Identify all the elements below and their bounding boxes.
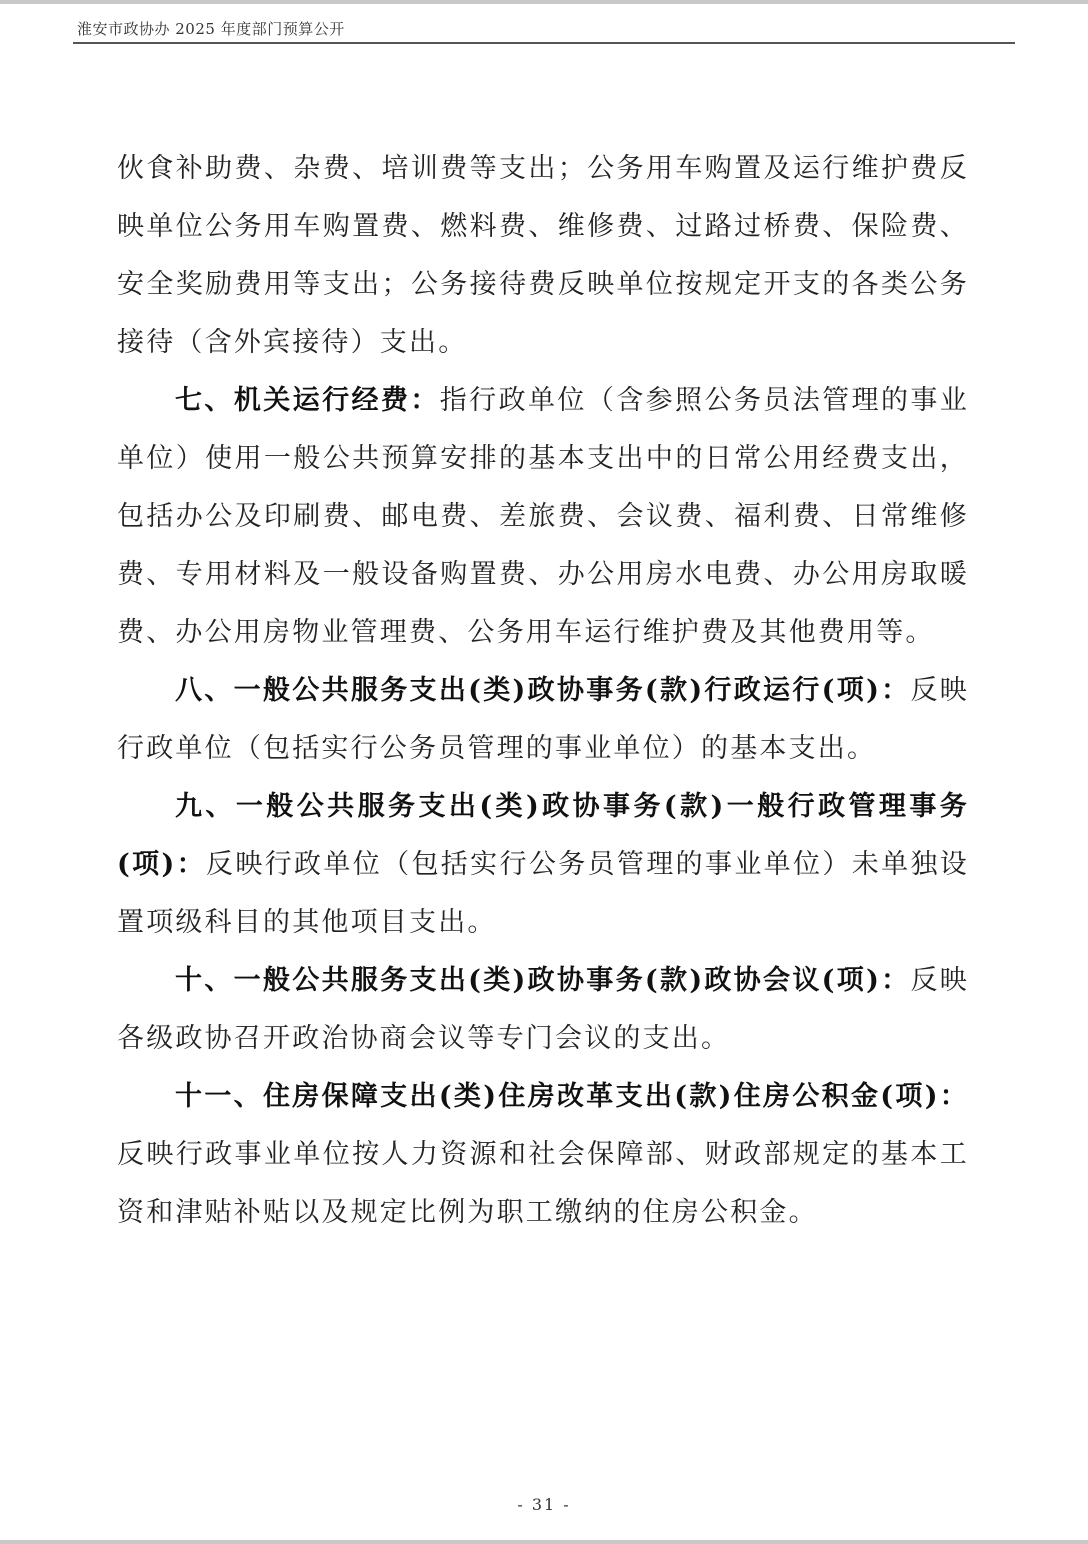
paragraph-heading: 七、机关运行经费： [175, 385, 440, 416]
paragraph-continuation: 伙食补助费、杂费、培训费等支出；公务用车购置及运行维护费反映单位公务用车购置费、… [117, 140, 969, 372]
paragraph-section-10: 十、一般公共服务支出(类)政协事务(款)政协会议(项)：反映各级政协召开政治协商… [117, 952, 969, 1068]
paragraph-heading: 八、一般公共服务支出(类)政协事务(款)行政运行(项)： [175, 675, 910, 706]
paragraph-text: 指行政单位（含参照公务员法管理的事业单位）使用一般公共预算安排的基本支出中的日常… [117, 385, 969, 648]
paragraph-heading: 十、一般公共服务支出(类)政协事务(款)政协会议(项)： [175, 965, 910, 996]
document-body: 伙食补助费、杂费、培训费等支出；公务用车购置及运行维护费反映单位公务用车购置费、… [117, 140, 969, 1242]
paragraph-text: 伙食补助费、杂费、培训费等支出；公务用车购置及运行维护费反映单位公务用车购置费、… [117, 153, 969, 358]
paragraph-section-9: 九、一般公共服务支出(类)政协事务(款)一般行政管理事务(项)：反映行政单位（包… [117, 778, 969, 952]
paragraph-section-11: 十一、住房保障支出(类)住房改革支出(款)住房公积金(项)：反映行政事业单位按人… [117, 1068, 969, 1242]
paragraph-heading: 十一、住房保障支出(类)住房改革支出(款)住房公积金(项)： [175, 1081, 969, 1112]
paragraph-text: 反映行政单位（包括实行公务员管理的事业单位）未单独设置项级科目的其他项目支出。 [117, 849, 969, 938]
paragraph-section-8: 八、一般公共服务支出(类)政协事务(款)行政运行(项)：反映行政单位（包括实行公… [117, 662, 969, 778]
paragraph-text: 反映行政事业单位按人力资源和社会保障部、财政部规定的基本工资和津贴补贴以及规定比… [117, 1139, 969, 1228]
page-header: 淮安市政协办 2025 年度部门预算公开 [73, 14, 1015, 44]
bottom-border [0, 1540, 1088, 1544]
page-number: - 31 - [0, 1495, 1088, 1514]
paragraph-section-7: 七、机关运行经费：指行政单位（含参照公务员法管理的事业单位）使用一般公共预算安排… [117, 372, 969, 662]
top-border [0, 0, 1088, 4]
header-title: 淮安市政协办 2025 年度部门预算公开 [77, 18, 345, 39]
